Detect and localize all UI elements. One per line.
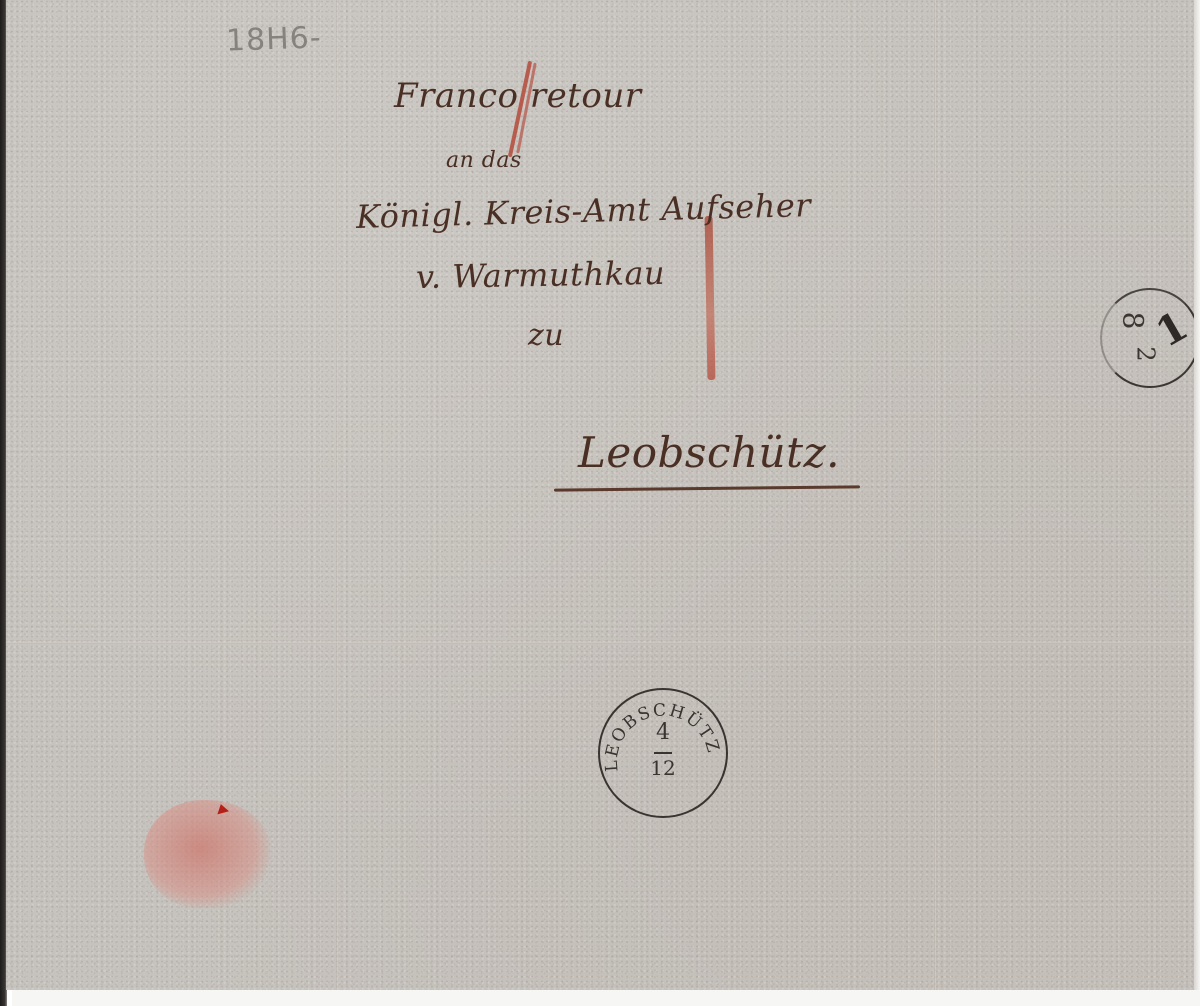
fold-line-vertical-right bbox=[934, 0, 937, 990]
postmark-day: 4 bbox=[600, 720, 726, 745]
address-line-an-das: an das bbox=[446, 148, 522, 173]
fold-line-horizontal bbox=[6, 640, 1194, 644]
address-line-recipient-name: v. Warmuthkau bbox=[416, 254, 666, 296]
scan-margin-right bbox=[1194, 0, 1200, 990]
town-postmark: LEOBSCHÜTZ 4 12 bbox=[598, 688, 728, 818]
scan-margin-bottom bbox=[12, 990, 1200, 1006]
archive-pencil-note: 18H6- bbox=[225, 20, 322, 58]
address-destination-town: Leobschütz. bbox=[578, 428, 840, 477]
wax-seal-stain bbox=[144, 800, 270, 908]
address-line-franco-retour: Franco retour bbox=[394, 76, 642, 116]
letter-sheet: 18H6- Franco retour an das Königl. Kreis… bbox=[6, 0, 1194, 990]
rate-digit-a: 8 bbox=[1116, 312, 1149, 330]
fold-line-vertical-left bbox=[336, 0, 339, 990]
postmark-date-divider bbox=[654, 752, 672, 754]
postmark-month: 12 bbox=[600, 756, 726, 780]
rate-digit-c: 2 bbox=[1132, 346, 1160, 361]
rate-handstamp: 8 1 2 bbox=[1100, 288, 1194, 388]
address-line-zu: zu bbox=[528, 318, 564, 353]
